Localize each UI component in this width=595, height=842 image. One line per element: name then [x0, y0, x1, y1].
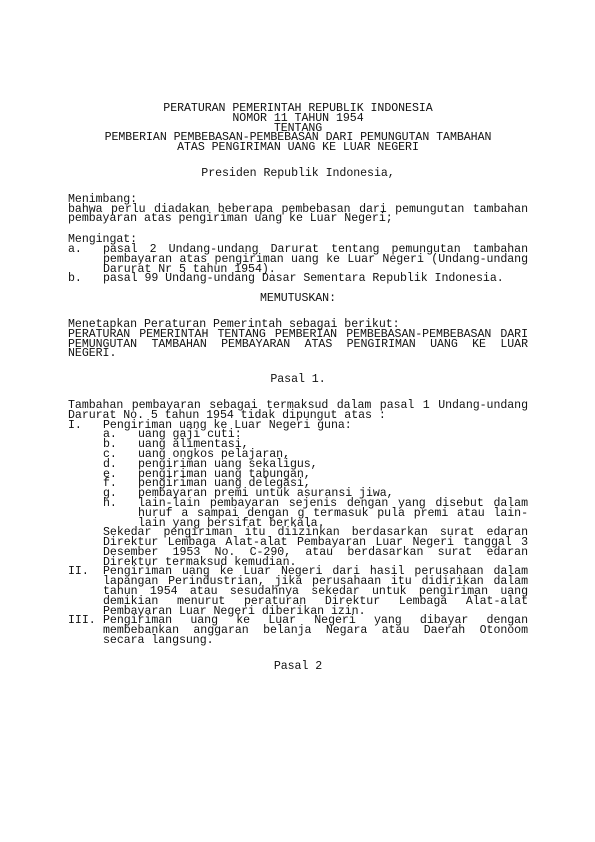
- item-marker: b.: [68, 274, 103, 284]
- document-page: PERATURAN PEMERINTAH REPUBLIK INDONESIA …: [68, 104, 528, 672]
- section-II: II. Pengiriman uang ke Luar Negeri dari …: [68, 567, 528, 616]
- menimbang-text: pembayaran atas pengiriman uang ke Luar …: [68, 214, 528, 224]
- menetapkan-section: Menetapkan Peraturan Pemerintah sebagai …: [68, 320, 528, 359]
- pasal-1-section: Tambahan pembayaran sebagai termaksud da…: [68, 401, 528, 646]
- item-marker: h.: [103, 499, 138, 528]
- mengingat-section: Mengingat: a. pasal 2 Undang-undang Daru…: [68, 235, 528, 284]
- title-line: ATAS PENGIRIMAN UANG KE LUAR NEGERI: [68, 143, 528, 153]
- section-marker: I.: [68, 421, 103, 568]
- section-I: I. Pengiriman uang ke Luar Negeri guna: …: [68, 421, 528, 568]
- memutuskan-heading: MEMUTUSKAN:: [68, 294, 528, 304]
- menimbang-section: Menimbang: bahwa perlu diadakan beberapa…: [68, 195, 528, 224]
- section-marker: II.: [68, 567, 103, 616]
- section-marker: III.: [68, 616, 103, 645]
- president-line: Presiden Republik Indonesia,: [68, 169, 528, 179]
- mengingat-item-b: b. pasal 99 Undang-undang Dasar Sementar…: [68, 274, 528, 284]
- document-title: PERATURAN PEMERINTAH REPUBLIK INDONESIA …: [68, 104, 528, 153]
- section-text: secara langsung.: [103, 636, 528, 646]
- item-marker: a.: [68, 245, 103, 274]
- section-III: III. Pengiriman uang ke Luar Negeri yang…: [68, 616, 528, 645]
- menetapkan-text: PEMUNGUTAN TAMBAHAN PEMBAYARAN ATAS PENG…: [68, 340, 528, 350]
- mengingat-item-a: a. pasal 2 Undang-undang Darurat tentang…: [68, 245, 528, 274]
- list-item: h. lain-lain pembayaran sejenis dengan y…: [103, 499, 528, 528]
- item-text: pasal 99 Undang-undang Dasar Sementara R…: [103, 274, 528, 284]
- pasal-2-heading: Pasal 2: [68, 662, 528, 672]
- menetapkan-text: NEGERI.: [68, 349, 528, 359]
- pasal-1-heading: Pasal 1.: [68, 375, 528, 385]
